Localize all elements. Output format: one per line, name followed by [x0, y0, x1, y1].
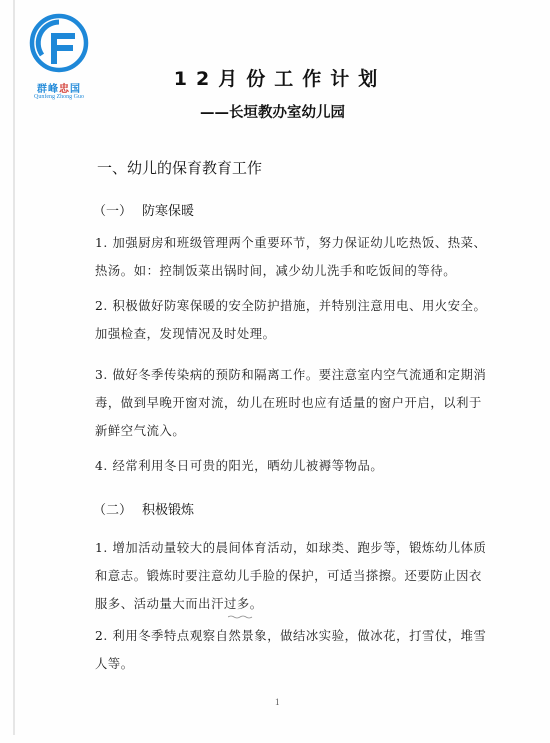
scanned-document-page: 群峰忠国 Qunfeng Zhong Guo 12月份工作计划 ——长垣教办室幼…: [0, 0, 550, 743]
subsection-title: 积极锻炼: [142, 503, 194, 518]
scan-edge-line: [13, 0, 15, 735]
subsection-number: （二）: [93, 499, 142, 518]
subsection-title: 防寒保暖: [142, 204, 194, 219]
subsection-heading: （二）积极锻炼: [93, 499, 194, 518]
document-title: 12月份工作计划: [0, 64, 550, 91]
section-heading: 一、幼儿的保育教育工作: [97, 157, 262, 178]
list-item: 2. 利用冬季特点观察自然景象，做结冰实验，做冰花，打雪仗，堆雪 人等。: [95, 622, 465, 678]
subsection-heading: （一）防寒保暖: [93, 200, 194, 219]
page-number: 1: [275, 697, 280, 707]
subsection-number: （一）: [93, 200, 142, 219]
list-item: 4. 经常利用冬日可贵的阳光，晒幼儿被褥等物品。: [95, 452, 465, 480]
list-item: 2. 积极做好防寒保暖的安全防护措施，并特别注意用电、用火安全。 加强检查，发现…: [95, 292, 465, 348]
logo-english-name: Qunfeng Zhong Guo: [25, 94, 93, 100]
list-item: 1. 增加活动量较大的晨间体育活动，如球类、跑步等，锻炼幼儿体质 和意志。锻炼时…: [95, 534, 465, 618]
spellcheck-squiggle: [228, 615, 254, 619]
document-subtitle: ——长垣教办室幼儿园: [200, 101, 345, 122]
list-item: 3. 做好冬季传染病的预防和隔离工作。要注意室内空气流通和定期消 毒，做到早晚开…: [95, 361, 465, 445]
list-item: 1. 加强厨房和班级管理两个重要环节，努力保证幼儿吃热饭、热菜、 热汤。如：控制…: [95, 229, 465, 285]
